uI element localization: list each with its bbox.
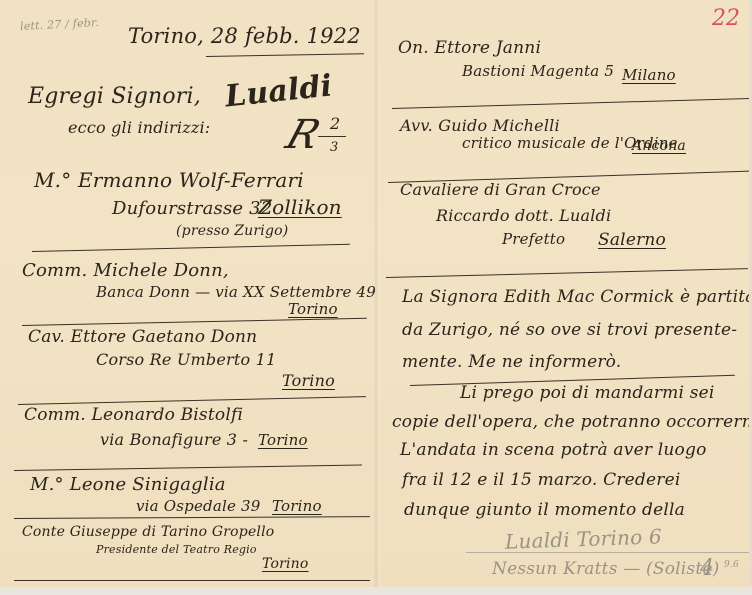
salutation: Egregi Signori, [28,84,201,109]
divider [14,580,370,581]
pencil-mark: 4 [700,556,714,581]
address-name: Comm. Michele Donn, [22,260,229,281]
text-line: da Zurigo, né so ove si trovi presente- [402,320,737,340]
pencil-note: lett. 27 / febr. [20,16,100,33]
date-underline [206,53,364,57]
letter-scan: 22 lett. 27 / febr. Torino, 28 febb. 192… [0,0,752,595]
address-street: Bastioni Magenta 5 [462,62,614,80]
text-line: mente. Me ne informerò. [402,352,621,372]
text-line: fra il 12 e il 15 marzo. Crederei [402,470,681,490]
address-name: Avv. Guido Michelli [400,116,560,135]
text-line: dunque giunto il momento della [404,500,685,520]
address-name: Comm. Leonardo Bistolfi [24,405,243,425]
address-street: Dufourstrasse 32 [112,198,272,219]
fraction-line [318,136,346,137]
divider [14,516,370,519]
place-date: Torino, 28 febb. 1922 [128,24,361,48]
text-line: copie dell'opera, che potranno occorrerm… [392,412,752,432]
pencil-annotation: Lualdi Torino 6 [505,524,663,553]
page-edge [0,587,752,595]
address-city: Milano [622,66,676,84]
monogram: R [281,112,326,158]
address-street: Banca Donn — via XX Settembre 49 [96,283,376,301]
divider [14,465,362,471]
address-city: Torino [258,431,308,449]
address-city: Torino [288,300,338,318]
address-city: Zollikon [258,195,342,219]
text-line: Li prego poi di mandarmi sei [460,383,715,403]
address-city: Torino [262,556,309,572]
address-street: via Bonafigure 3 - [100,430,248,449]
fraction-bottom: 3 [330,140,338,155]
divider [392,98,750,109]
address-street: via Ospedale 39 [136,497,261,515]
address-name: M.° Leone Sinigaglia [30,474,226,495]
address-title: Prefetto [502,230,565,248]
text-line: La Signora Edith Mac Cormick è partita [402,287,752,307]
pencil-code: 9.6 [724,560,739,570]
address-street: Corso Re Umberto 11 [96,350,276,369]
address-city: Torino [272,497,322,515]
address-city: Ancona [632,138,686,154]
divider [386,268,748,278]
address-name: Cav. Ettore Gaetano Donn [28,327,257,347]
address-city: Salerno [598,230,666,250]
intro-text: ecco gli indirizzi: [68,118,210,137]
text-line: L'andata in scena potrà aver luogo [400,440,707,460]
signature: Lualdi [223,68,333,114]
pencil-line [466,552,750,553]
pencil-annotation: Nessun Kratts — (Soliste) [492,559,719,579]
fraction-top: 2 [330,114,340,133]
divider [22,318,367,326]
address-street: Riccardo dott. Lualdi [436,206,611,225]
address-name: Cavaliere di Gran Croce [400,180,601,199]
address-street: Presidente del Teatro Regio [96,543,257,556]
page-number: 22 [712,6,740,31]
address-city: Torino [282,371,335,390]
address-note: (presso Zurigo) [176,223,288,239]
divider [18,396,366,405]
address-name: Conte Giuseppe di Tarino Gropello [22,524,274,540]
address-name: On. Ettore Janni [398,38,541,58]
address-name: M.° Ermanno Wolf-Ferrari [34,168,304,192]
divider [32,244,350,252]
